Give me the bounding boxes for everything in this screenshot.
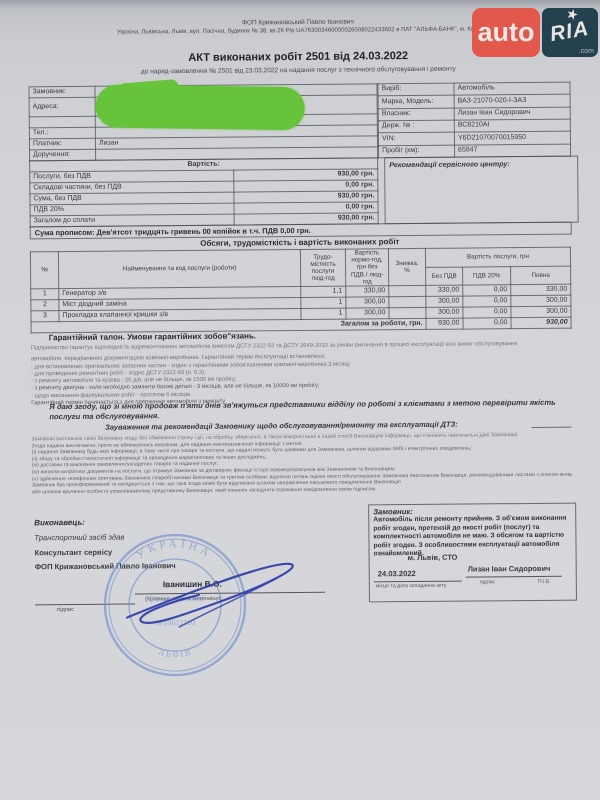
cost-table: Вартість: Послуги, без ПДВ930,00 грн. Ск…: [29, 157, 379, 227]
col-full: Повна: [511, 266, 571, 285]
ria-logo-badge: ★ RIA .com: [542, 8, 598, 57]
row-no: 2: [31, 300, 59, 311]
warranty-line: Підприємство гарантує відповідність відр…: [31, 341, 571, 353]
cost-section: Вартість: Послуги, без ПДВ930,00 грн. Ск…: [29, 156, 579, 228]
row-full: 330,00: [511, 284, 571, 296]
row-vat: 0,00: [463, 285, 511, 296]
row-rate: 330,00: [346, 286, 389, 297]
stamp-bottom-text: ЛЬВІВ: [157, 646, 194, 659]
ria-logo-text: RIA: [548, 17, 591, 47]
auto-logo-badge: auto: [472, 8, 540, 57]
row-full: 300,00: [511, 306, 571, 318]
recommendations-label: Рекомендації сервісного центру:: [389, 159, 510, 169]
vin-value: Y6D21070070015950: [454, 131, 570, 144]
model-value: ВАЗ-21070-020-І-ЗАЗ: [454, 94, 570, 107]
row-no: 3: [31, 311, 59, 322]
remarks-heading: Зауваження та рекомендації Замовнику щод…: [31, 419, 571, 433]
works-total-full: 930,00: [511, 317, 571, 329]
paper-sheet: ФОП Крижановський Павло Іванович Україна…: [0, 0, 600, 800]
remarks-fine-print: Замовник висловлює свою безумовну згоду,…: [32, 432, 572, 496]
auto-logo-text: auto: [478, 17, 535, 48]
col-vat: ПДВ 20%: [463, 266, 511, 285]
plate-value: ВС8210АІ: [454, 119, 570, 132]
vehicle-table: Виріб:Автомобіль Марка, Модель:ВАЗ-21070…: [377, 82, 571, 159]
customer-signature-block: Замовник: Автомобіль після ремонту прийн…: [368, 503, 577, 603]
owner-label: Власник:: [378, 108, 454, 121]
customer-name-label: П.І.Б: [538, 579, 550, 585]
vin-label: VIN:: [378, 132, 454, 145]
payer-label: Платник:: [29, 138, 95, 150]
col-discount: Знижка, %: [388, 248, 425, 285]
customer-date: 24.03.2022: [378, 569, 416, 578]
row-rate: 300,00: [346, 308, 389, 319]
heading-rule: [531, 419, 571, 428]
customer-place: м. Львів, СТО: [408, 553, 458, 562]
warranty-section: Гарантійний талон. Умови гарантійних зоб…: [31, 329, 572, 408]
empty-label: [29, 116, 95, 128]
works-total-vat: 0,00: [463, 318, 511, 329]
document-subtitle: до наряд-замовлення № 2501 від 23.03.202…: [0, 64, 598, 76]
customer-signature-label: підпис: [480, 579, 495, 585]
customer-place-label: місце та дата складання акту: [376, 583, 447, 590]
owner-value: Лизан Іван Сидорович: [454, 107, 570, 120]
row-vat: 0,00: [463, 296, 511, 307]
product-label: Виріб:: [378, 83, 454, 96]
row-no: 1: [31, 289, 59, 300]
col-no-vat: Без ПДВ: [426, 267, 463, 286]
remarks-title: Зауваження та рекомендації Замовнику щод…: [105, 420, 458, 432]
col-no: №: [30, 252, 58, 289]
customer-acceptance-text: Автомобіль після ремонту прийняв. З об'є…: [373, 515, 571, 560]
phone-label: Тел.:: [29, 127, 95, 139]
customer-name: Лизан Іван Сидорович: [468, 564, 551, 574]
row-full: 300,00: [511, 295, 571, 307]
col-price-group: Вартість послуги, грн: [425, 247, 570, 267]
row-discount: [389, 297, 426, 308]
pen-signature: [121, 552, 312, 634]
plate-label: Держ. № :: [378, 120, 454, 133]
address-label: Адреса:: [29, 97, 95, 117]
row-no-vat: 300,00: [426, 296, 463, 307]
row-no-vat: 300,00: [426, 307, 463, 318]
document-photo: auto ★ RIA .com ФОП Крижановський Павло …: [0, 0, 600, 800]
product-value: Автомобіль: [454, 82, 570, 95]
row-discount: [389, 308, 426, 319]
row-no-vat: 330,00: [426, 285, 463, 296]
col-name: Найменування та код послуги (роботи): [58, 249, 300, 288]
row-labor: 1,1: [301, 286, 346, 297]
col-labor: Трудо-місткість послуги люд-год: [300, 249, 345, 287]
customer-name-underline: [466, 576, 562, 578]
model-label: Марка, Модель:: [378, 95, 454, 108]
row-labor: 1: [301, 297, 346, 308]
svg-text:ЛЬВІВ: ЛЬВІВ: [157, 646, 194, 659]
row-discount: [389, 286, 426, 297]
customer-label: Замовник:: [29, 86, 95, 98]
consent-statement: Я даю згоду, що зі мною продовж п'яти дн…: [49, 398, 569, 422]
works-total-no-vat: 930,00: [426, 318, 463, 329]
service-recommendations-box: Рекомендації сервісного центру:: [384, 156, 579, 225]
col-rate: Вартість нормо-год, грн без ПДВ./ люд-го…: [345, 249, 388, 287]
row-labor: 1: [301, 308, 346, 319]
row-rate: 300,00: [346, 297, 389, 308]
row-vat: 0,00: [463, 307, 511, 318]
autoria-logo: auto ★ RIA .com: [472, 8, 598, 57]
ria-com-text: .com: [579, 48, 594, 55]
executor-signature-label: підпис: [57, 607, 74, 613]
works-table: № Найменування та код послуги (роботи) Т…: [30, 247, 572, 334]
consent-line-2: послуги та обслуговування.: [49, 411, 159, 421]
